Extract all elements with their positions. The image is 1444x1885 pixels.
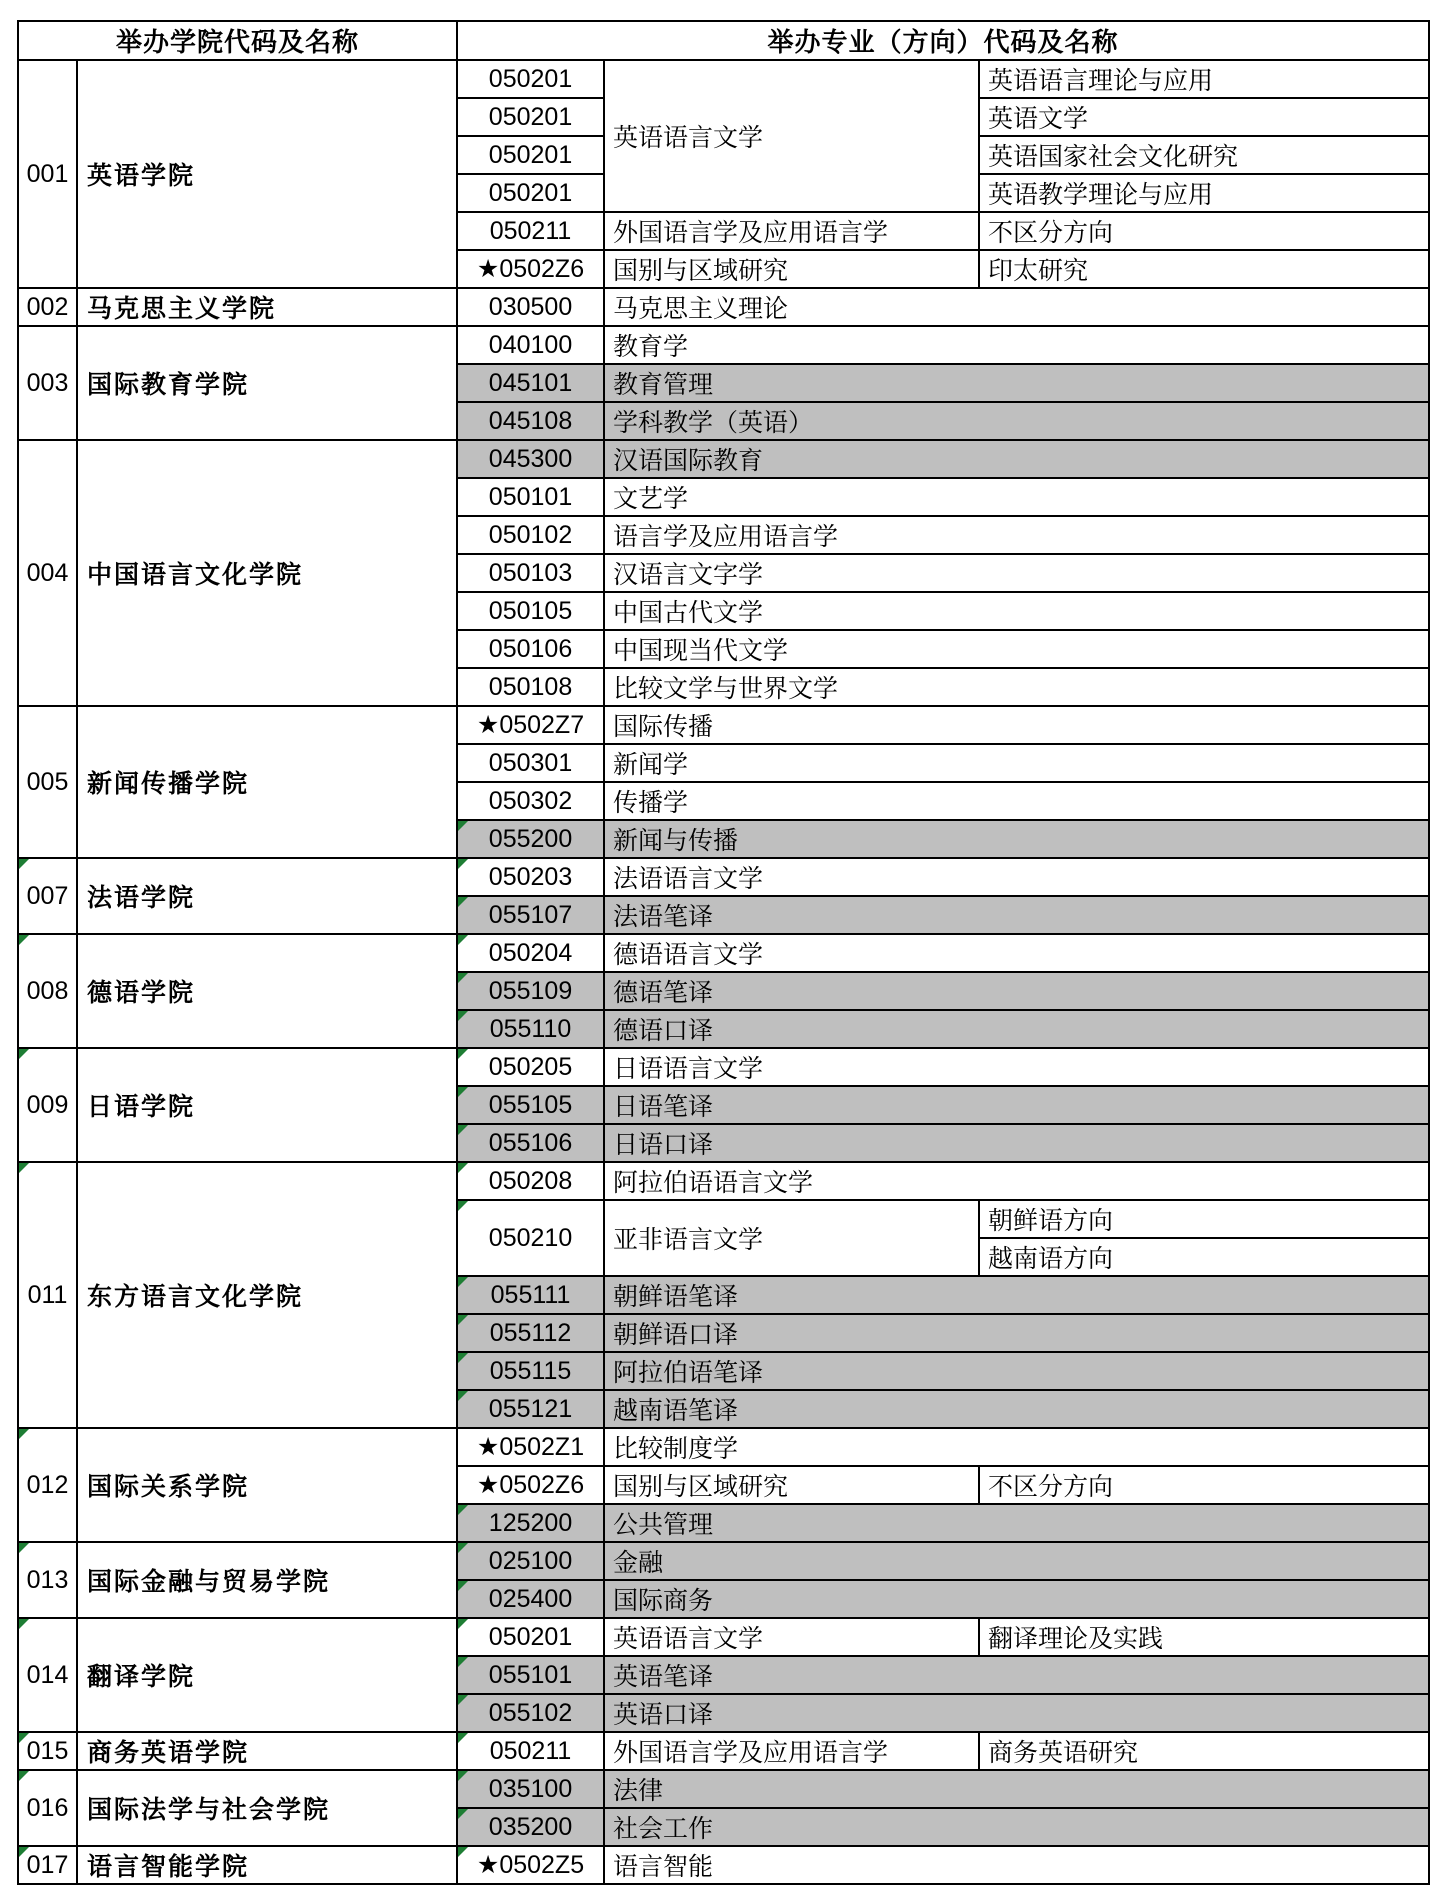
college-major-table: 举办学院代码及名称 举办专业（方向）代码及名称 001 英语学院 050201 … xyxy=(17,20,1430,1885)
major-name-cell: 教育学 xyxy=(604,326,1429,364)
major-name-cell: 日语语言文学 xyxy=(604,1048,1429,1086)
comment-indicator-icon xyxy=(19,1733,29,1743)
direction-cell: 英语国家社会文化研究 xyxy=(979,136,1429,174)
comment-indicator-icon xyxy=(458,1581,468,1591)
major-code-cell: 050101 xyxy=(457,478,604,516)
table-row: 003 国际教育学院 040100 教育学 xyxy=(18,326,1429,364)
college-code-cell: 015 xyxy=(18,1732,77,1770)
college-code-cell: 003 xyxy=(18,326,77,440)
comment-indicator-icon xyxy=(458,1277,468,1287)
college-code-cell: 004 xyxy=(18,440,77,706)
major-code-cell: 050205 xyxy=(457,1048,604,1086)
major-name-cell: 阿拉伯语语言文学 xyxy=(604,1162,1429,1200)
major-name-cell: 外国语言学及应用语言学 xyxy=(604,1732,979,1770)
comment-indicator-icon xyxy=(458,1543,468,1553)
comment-indicator-icon xyxy=(458,1733,468,1743)
comment-indicator-icon xyxy=(19,859,29,869)
comment-indicator-icon xyxy=(19,1771,29,1781)
major-code-cell: 050103 xyxy=(457,554,604,592)
direction-cell: 翻译理论及实践 xyxy=(979,1618,1429,1656)
major-name-cell: 金融 xyxy=(604,1542,1429,1580)
major-name-cell: 英语语言文学 xyxy=(604,60,979,212)
table-row: 017 语言智能学院 ★0502Z5 语言智能 xyxy=(18,1846,1429,1884)
page: { "header": { "college_col": "举办学院代码及名称"… xyxy=(0,0,1444,1796)
college-code-cell: 012 xyxy=(18,1428,77,1542)
major-name-cell: 比较文学与世界文学 xyxy=(604,668,1429,706)
major-name-cell: 德语语言文学 xyxy=(604,934,1429,972)
major-code-cell: 050102 xyxy=(457,516,604,554)
college-name-cell: 马克思主义学院 xyxy=(77,288,457,326)
college-name-cell: 日语学院 xyxy=(77,1048,457,1162)
comment-indicator-icon xyxy=(19,1543,29,1553)
major-code-cell: ★0502Z1 xyxy=(457,1428,604,1466)
major-column-header: 举办专业（方向）代码及名称 xyxy=(457,21,1429,60)
table-row: 007 法语学院 050203 法语语言文学 xyxy=(18,858,1429,896)
major-code-cell: 055112 xyxy=(457,1314,604,1352)
major-code-cell: 055121 xyxy=(457,1390,604,1428)
major-code-cell: 050105 xyxy=(457,592,604,630)
major-code-cell: 045300 xyxy=(457,440,604,478)
major-name-cell: 英语口译 xyxy=(604,1694,1429,1732)
major-code-cell: 055110 xyxy=(457,1010,604,1048)
direction-cell: 朝鲜语方向 xyxy=(979,1200,1429,1238)
comment-indicator-icon xyxy=(19,1847,29,1857)
major-name-cell: 汉语国际教育 xyxy=(604,440,1429,478)
major-name-cell: 英语笔译 xyxy=(604,1656,1429,1694)
major-code-cell: 050302 xyxy=(457,782,604,820)
major-code-cell: ★0502Z6 xyxy=(457,1466,604,1504)
major-name-cell: 语言学及应用语言学 xyxy=(604,516,1429,554)
comment-indicator-icon xyxy=(19,1049,29,1059)
college-name-cell: 翻译学院 xyxy=(77,1618,457,1732)
college-name-cell: 德语学院 xyxy=(77,934,457,1048)
major-code-cell: 050301 xyxy=(457,744,604,782)
comment-indicator-icon xyxy=(458,1353,468,1363)
college-name-cell: 国际关系学院 xyxy=(77,1428,457,1542)
college-name-cell: 语言智能学院 xyxy=(77,1846,457,1884)
college-name-cell: 法语学院 xyxy=(77,858,457,934)
comment-indicator-icon xyxy=(19,935,29,945)
college-name-cell: 国际金融与贸易学院 xyxy=(77,1542,457,1618)
college-name-cell: 中国语言文化学院 xyxy=(77,440,457,706)
comment-indicator-icon xyxy=(458,1125,468,1135)
comment-indicator-icon xyxy=(458,1315,468,1325)
major-code-cell: 055109 xyxy=(457,972,604,1010)
table-row: 016 国际法学与社会学院 035100 法律 xyxy=(18,1770,1429,1808)
comment-indicator-icon xyxy=(458,1619,468,1629)
table-row: 008 德语学院 050204 德语语言文学 xyxy=(18,934,1429,972)
comment-indicator-icon xyxy=(458,1163,468,1173)
major-code-cell: ★0502Z6 xyxy=(457,250,604,288)
major-code-cell: 050201 xyxy=(457,1618,604,1656)
comment-indicator-icon xyxy=(458,973,468,983)
comment-indicator-icon xyxy=(458,1049,468,1059)
major-code-cell: 050203 xyxy=(457,858,604,896)
direction-cell: 英语教学理论与应用 xyxy=(979,174,1429,212)
direction-cell: 商务英语研究 xyxy=(979,1732,1429,1770)
table-row: 015 商务英语学院 050211 外国语言学及应用语言学 商务英语研究 xyxy=(18,1732,1429,1770)
college-code-cell: 001 xyxy=(18,60,77,288)
table-row: 011 东方语言文化学院 050208 阿拉伯语语言文学 xyxy=(18,1162,1429,1200)
major-code-cell: 045101 xyxy=(457,364,604,402)
college-code-cell: 002 xyxy=(18,288,77,326)
college-code-cell: 005 xyxy=(18,706,77,858)
major-code-cell: 030500 xyxy=(457,288,604,326)
major-name-cell: 外国语言学及应用语言学 xyxy=(604,212,979,250)
table-row: 013 国际金融与贸易学院 025100 金融 xyxy=(18,1542,1429,1580)
major-code-cell: 050210 xyxy=(457,1200,604,1276)
major-code-cell: 050108 xyxy=(457,668,604,706)
major-code-cell: ★0502Z7 xyxy=(457,706,604,744)
major-name-cell: 马克思主义理论 xyxy=(604,288,1429,326)
major-name-cell: 英语语言文学 xyxy=(604,1618,979,1656)
table-row: 002 马克思主义学院 030500 马克思主义理论 xyxy=(18,288,1429,326)
major-name-cell: 公共管理 xyxy=(604,1504,1429,1542)
major-name-cell: 教育管理 xyxy=(604,364,1429,402)
major-code-cell: 040100 xyxy=(457,326,604,364)
major-code-cell: 055107 xyxy=(457,896,604,934)
major-name-cell: 语言智能 xyxy=(604,1846,1429,1884)
major-code-cell: 050201 xyxy=(457,136,604,174)
major-code-cell: 025400 xyxy=(457,1580,604,1618)
direction-cell: 印太研究 xyxy=(979,250,1429,288)
major-name-cell: 传播学 xyxy=(604,782,1429,820)
comment-indicator-icon xyxy=(458,1505,468,1515)
college-code-cell: 009 xyxy=(18,1048,77,1162)
major-code-cell: 050106 xyxy=(457,630,604,668)
major-name-cell: 法语笔译 xyxy=(604,896,1429,934)
major-name-cell: 中国现当代文学 xyxy=(604,630,1429,668)
major-name-cell: 社会工作 xyxy=(604,1808,1429,1846)
major-name-cell: 亚非语言文学 xyxy=(604,1200,979,1276)
college-name-cell: 新闻传播学院 xyxy=(77,706,457,858)
major-code-cell: 045108 xyxy=(457,402,604,440)
major-name-cell: 日语笔译 xyxy=(604,1086,1429,1124)
major-name-cell: 朝鲜语笔译 xyxy=(604,1276,1429,1314)
major-name-cell: 国际商务 xyxy=(604,1580,1429,1618)
major-name-cell: 日语口译 xyxy=(604,1124,1429,1162)
major-code-cell: 055115 xyxy=(457,1352,604,1390)
major-code-cell: 055106 xyxy=(457,1124,604,1162)
table-row: 004 中国语言文化学院 045300 汉语国际教育 xyxy=(18,440,1429,478)
comment-indicator-icon xyxy=(458,935,468,945)
major-name-cell: 德语笔译 xyxy=(604,972,1429,1010)
major-name-cell: 法语语言文学 xyxy=(604,858,1429,896)
major-code-cell: 055105 xyxy=(457,1086,604,1124)
college-name-cell: 商务英语学院 xyxy=(77,1732,457,1770)
college-name-cell: 国际法学与社会学院 xyxy=(77,1770,457,1846)
major-code-cell: 125200 xyxy=(457,1504,604,1542)
major-name-cell: 新闻与传播 xyxy=(604,820,1429,858)
major-code-cell: 035100 xyxy=(457,1770,604,1808)
college-code-cell: 017 xyxy=(18,1846,77,1884)
table-row: 001 英语学院 050201 英语语言文学 英语语言理论与应用 xyxy=(18,60,1429,98)
major-name-cell: 学科教学（英语） xyxy=(604,402,1429,440)
comment-indicator-icon xyxy=(458,1771,468,1781)
comment-indicator-icon xyxy=(458,1391,468,1401)
comment-indicator-icon xyxy=(458,1847,468,1857)
comment-indicator-icon xyxy=(458,1695,468,1705)
major-name-cell: 阿拉伯语笔译 xyxy=(604,1352,1429,1390)
major-name-cell: 德语口译 xyxy=(604,1010,1429,1048)
comment-indicator-icon xyxy=(19,1163,29,1173)
college-code-cell: 007 xyxy=(18,858,77,934)
major-code-cell: 050211 xyxy=(457,1732,604,1770)
major-code-cell: ★0502Z5 xyxy=(457,1846,604,1884)
major-code-cell: 050204 xyxy=(457,934,604,972)
comment-indicator-icon xyxy=(458,1201,468,1211)
direction-cell: 不区分方向 xyxy=(979,212,1429,250)
college-code-cell: 011 xyxy=(18,1162,77,1428)
comment-indicator-icon xyxy=(458,1011,468,1021)
major-code-cell: 055101 xyxy=(457,1656,604,1694)
college-code-cell: 013 xyxy=(18,1542,77,1618)
comment-indicator-icon xyxy=(458,897,468,907)
college-column-header: 举办学院代码及名称 xyxy=(18,21,457,60)
major-name-cell: 国别与区域研究 xyxy=(604,1466,979,1504)
major-name-cell: 新闻学 xyxy=(604,744,1429,782)
comment-indicator-icon xyxy=(19,1429,29,1439)
college-code-cell: 016 xyxy=(18,1770,77,1846)
comment-indicator-icon xyxy=(458,1657,468,1667)
major-code-cell: 055102 xyxy=(457,1694,604,1732)
college-name-cell: 国际教育学院 xyxy=(77,326,457,440)
table-header-row: 举办学院代码及名称 举办专业（方向）代码及名称 xyxy=(18,21,1429,60)
major-name-cell: 文艺学 xyxy=(604,478,1429,516)
major-name-cell: 国际传播 xyxy=(604,706,1429,744)
comment-indicator-icon xyxy=(458,1087,468,1097)
major-name-cell: 越南语笔译 xyxy=(604,1390,1429,1428)
major-code-cell: 050211 xyxy=(457,212,604,250)
major-name-cell: 汉语言文字学 xyxy=(604,554,1429,592)
major-code-cell: 035200 xyxy=(457,1808,604,1846)
direction-cell: 英语语言理论与应用 xyxy=(979,60,1429,98)
table-row: 014 翻译学院 050201 英语语言文学 翻译理论及实践 xyxy=(18,1618,1429,1656)
comment-indicator-icon xyxy=(458,859,468,869)
major-code-cell: 050201 xyxy=(457,98,604,136)
comment-indicator-icon xyxy=(458,821,468,831)
major-name-cell: 比较制度学 xyxy=(604,1428,1429,1466)
major-code-cell: 055200 xyxy=(457,820,604,858)
major-code-cell: 050201 xyxy=(457,60,604,98)
direction-cell: 不区分方向 xyxy=(979,1466,1429,1504)
table-row: 005 新闻传播学院 ★0502Z7 国际传播 xyxy=(18,706,1429,744)
major-name-cell: 中国古代文学 xyxy=(604,592,1429,630)
major-code-cell: 050208 xyxy=(457,1162,604,1200)
college-code-cell: 014 xyxy=(18,1618,77,1732)
college-code-cell: 008 xyxy=(18,934,77,1048)
table-row: 012 国际关系学院 ★0502Z1 比较制度学 xyxy=(18,1428,1429,1466)
direction-cell: 英语文学 xyxy=(979,98,1429,136)
comment-indicator-icon xyxy=(19,1619,29,1629)
major-code-cell: 025100 xyxy=(457,1542,604,1580)
major-code-cell: 055111 xyxy=(457,1276,604,1314)
major-code-cell: 050201 xyxy=(457,174,604,212)
table-row: 009 日语学院 050205 日语语言文学 xyxy=(18,1048,1429,1086)
major-name-cell: 法律 xyxy=(604,1770,1429,1808)
college-name-cell: 东方语言文化学院 xyxy=(77,1162,457,1428)
major-name-cell: 国别与区域研究 xyxy=(604,250,979,288)
college-name-cell: 英语学院 xyxy=(77,60,457,288)
major-name-cell: 朝鲜语口译 xyxy=(604,1314,1429,1352)
direction-cell: 越南语方向 xyxy=(979,1238,1429,1276)
comment-indicator-icon xyxy=(458,1809,468,1819)
